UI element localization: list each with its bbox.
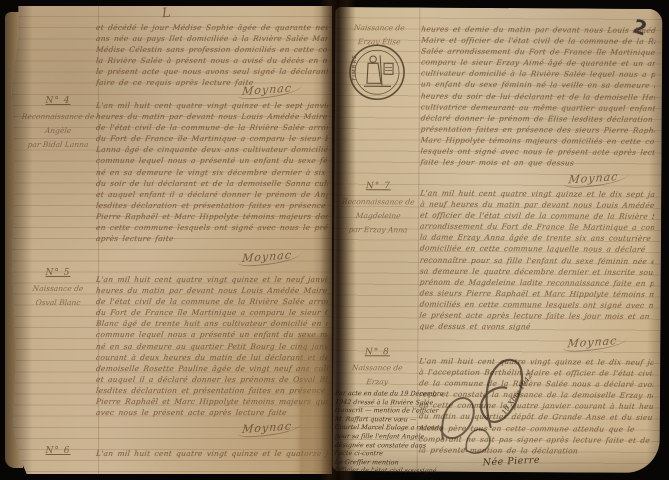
signature: Moynac xyxy=(237,419,302,439)
signature: Moynac xyxy=(563,334,628,353)
handwritten-line: demoiselle Rosette Pauline âgée de vingt… xyxy=(95,363,328,374)
handwritten-line: la Rivière Salée à présent nous a avisé … xyxy=(95,55,328,66)
book-gutter xyxy=(320,0,356,480)
handwritten-line: Lanna âgé de cinquante deux ans cultivat… xyxy=(95,144,328,155)
entry-4-body: L'an mil huit cent quatre vingt quinze e… xyxy=(96,100,328,265)
entry-6-margin: N° 6 xyxy=(20,446,96,460)
signature-row: Moynac xyxy=(96,245,328,265)
entry-text: L'an mil huit cent quatre vingt quinze e… xyxy=(96,100,328,244)
paraph-flourish xyxy=(403,343,559,462)
handwritten-line: et décédé le jour Médise Sophie âgée de … xyxy=(95,22,328,33)
handwritten-line: avec nous le présent acte après lecture … xyxy=(95,407,328,418)
handwritten-line: domiciliée en cette commune laquelle nou… xyxy=(419,243,654,256)
left-page: L et décédé le jour Médise Sophie âgée d… xyxy=(10,6,332,474)
handwritten-line: L'an mil huit cent quatre vingt quinze e… xyxy=(95,448,328,459)
entry-5-body: L'an mil huit cent quatre vingt quinze e… xyxy=(96,274,328,436)
handwritten-line: du Fort de France île Martinique a compa… xyxy=(95,133,328,144)
handwritten-line: né en sa demeure le vingt six décembre d… xyxy=(95,167,328,178)
entry-margin-label: Reconnaissance deAngèlepar Bidal Lanna xyxy=(20,110,96,152)
entry-text: heures et demie du matin par devant nous… xyxy=(420,24,655,181)
handwritten-line: un enfant du sexe féminin né la veille e… xyxy=(420,79,655,92)
handwritten-line: et auquel il a déclaré donner les prénom… xyxy=(95,374,328,385)
handwritten-line: et auquel enfant il a déclaré donner le … xyxy=(95,189,328,200)
handwritten-line: Médise Célestin sans profession domicili… xyxy=(95,44,328,55)
handwritten-line: né en sa demeure au quartier Petit Bourg… xyxy=(95,341,328,352)
entry-number: N° 6 xyxy=(20,446,96,456)
entry-5-margin: N° 5 Naissance deOsval Blanc xyxy=(20,268,96,310)
handwritten-line: L'an mil huit cent quatre vingt quinze e… xyxy=(95,274,328,285)
handwritten-line: reconnaître pour sa fille l'enfant du se… xyxy=(419,254,654,267)
handwritten-line: en cette commune lesquels ont signé avec… xyxy=(95,222,328,233)
entry-4-margin: N° 4 Reconnaissance deAngèlepar Bidal La… xyxy=(20,96,96,152)
entry-text: L'an mil huit cent quatre vingt quinze e… xyxy=(96,274,328,418)
handwritten-line: Blanc âgé de trente huit ans cultivateur… xyxy=(95,318,328,329)
handwritten-line: commune lequel nous a présenté un enfant… xyxy=(95,155,328,166)
handwritten-line: Pierre Raphaël et Marc Hippolyte témoins… xyxy=(95,211,328,222)
entry-text: et décédé le jour Médise Sophie âgée de … xyxy=(96,22,328,89)
right-page: 2 Naissance deErzay Élise TIMBRE heures … xyxy=(333,7,663,473)
handwritten-line: ans née au pays Ilet domiciliée à la Riv… xyxy=(95,33,328,44)
handwritten-line: heures du matin par devant nous Louis Am… xyxy=(95,111,328,122)
entry-text: L'an mil huit cent quatre vingt quinze e… xyxy=(419,188,654,345)
handwritten-line: lesdites déclaration et présentation fai… xyxy=(95,385,328,396)
entry-7-body: L'an mil huit cent quatre vingt quinze e… xyxy=(419,188,654,352)
handwritten-line: le présent acte que nous avons seul sign… xyxy=(95,66,328,77)
handwritten-line: Naissance de xyxy=(19,282,96,296)
handwritten-line: Reconnaissance de xyxy=(19,110,96,124)
entry-margin-label: Naissance deOsval Blanc xyxy=(20,282,96,310)
entry-number: N° 5 xyxy=(20,268,96,278)
handwritten-line: L'an mil huit cent quatre vingt quinze e… xyxy=(95,100,328,111)
signature: Moynac xyxy=(564,170,629,189)
handwritten-line: lesdites déclaration et présentation fai… xyxy=(95,200,328,211)
entry-number: N° 4 xyxy=(20,96,96,106)
handwritten-line: Osval Blanc xyxy=(19,296,96,310)
signature: Moynac xyxy=(237,248,302,268)
handwritten-line: commune lequel nous a présenté un enfant… xyxy=(95,329,328,340)
handwritten-line: après lecture faite xyxy=(95,233,328,244)
handwritten-line: du Fort de France île Martinique a compa… xyxy=(95,307,328,318)
handwritten-line: Angèle xyxy=(19,124,96,138)
top-entry-body: heures et demie du matin par devant nous… xyxy=(420,24,655,188)
handwritten-line: courant à deux heures du matin de lui dé… xyxy=(95,352,328,363)
handwritten-line: du soir de lui déclarant et de la demois… xyxy=(95,178,328,189)
handwritten-line: de l'état civil de la commune de la Rivi… xyxy=(95,122,328,133)
handwritten-line: par Bidal Lanna xyxy=(19,138,96,152)
handwritten-line: de l'état civil de la commune de la Rivi… xyxy=(95,296,328,307)
entry-text: L'an mil huit cent quatre vingt quinze e… xyxy=(96,448,328,459)
entry-continuation-body: et décédé le jour Médise Sophie âgée de … xyxy=(96,22,328,98)
signature-row: Moynac xyxy=(96,416,328,436)
handwritten-line: heures du soir de lui déclarant et de la… xyxy=(420,90,655,103)
top-flourish: L xyxy=(161,6,171,22)
handwritten-line: heures du matin par devant nous Louis Am… xyxy=(95,285,328,296)
handwritten-line: Pierre Raphaël et Marc Hippolyte témoins… xyxy=(95,396,328,407)
entry-6-body: L'an mil huit cent quatre vingt quinze e… xyxy=(96,448,328,459)
book-scan: L et décédé le jour Médise Sophie âgée d… xyxy=(0,0,669,480)
